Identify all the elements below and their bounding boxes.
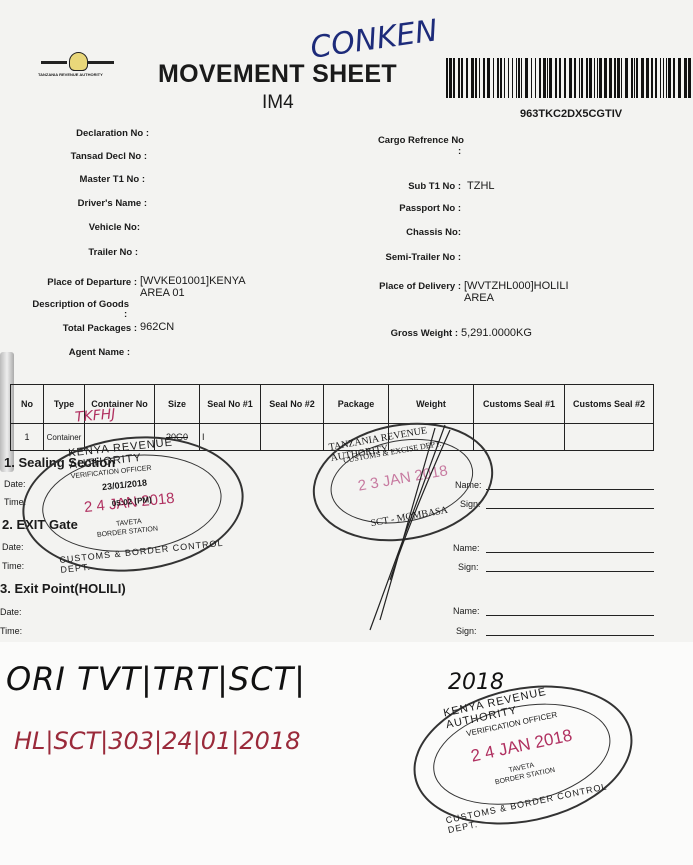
place-of-delivery-value-1: [WVTZHL000]HOLILI	[464, 280, 569, 292]
exit-gate-sign-label: Sign:	[458, 562, 479, 572]
place-of-departure-value-2: AREA 01	[140, 287, 185, 299]
cell-customs-seal-2	[565, 424, 654, 451]
col-weight: Weight	[389, 385, 474, 424]
sealing-date-label: Date:	[4, 479, 26, 489]
cargo-reference-no-label: Cargo Refrence No	[340, 135, 464, 146]
drivers-name-label: Driver's Name :	[0, 198, 147, 209]
coat-of-arms-icon	[69, 52, 88, 71]
authority-name: TANZANIA REVENUE AUTHORITY	[38, 72, 103, 77]
barcode	[446, 58, 693, 98]
cargo-reference-colon: :	[458, 146, 461, 157]
sub-t1-no-label: Sub T1 No :	[340, 181, 461, 192]
master-t1-no-label: Master T1 No :	[0, 174, 145, 185]
place-of-delivery-value-2: AREA	[464, 292, 494, 304]
col-customs-seal-2: Customs Seal #2	[565, 385, 654, 424]
exit-gate-time-label: Time:	[2, 561, 24, 571]
place-of-departure-label: Place of Departure :	[0, 277, 137, 288]
total-packages-label: Total Packages :	[0, 323, 137, 334]
description-colon: :	[124, 309, 127, 320]
authority-logo: TANZANIA REVENUE AUTHORITY	[38, 52, 118, 80]
page-subtitle: IM4	[262, 92, 294, 114]
sub-t1-no-value: TZHL	[467, 180, 495, 192]
place-of-departure-value-1: [WVKE01001]KENYA	[140, 275, 246, 287]
exit-point-sign-line[interactable]	[486, 635, 654, 636]
handwritten-note-1: ORI TVT|TRT|SCT|	[6, 660, 306, 698]
gross-weight-label: Gross Weight :	[340, 328, 458, 339]
exit-gate-name-line[interactable]	[486, 552, 654, 553]
tra-signature-scribble	[350, 420, 460, 640]
chassis-no-label: Chassis No:	[340, 227, 461, 238]
tansad-decl-no-label: Tansad Decl No :	[0, 151, 147, 162]
cell-seal-2	[261, 424, 324, 451]
description-of-goods-label: Description of Goods	[0, 299, 129, 310]
exit-gate-sign-line[interactable]	[486, 571, 654, 572]
section-exit-point-title: 3. Exit Point(HOLILI)	[0, 581, 126, 596]
page-title: MOVEMENT SHEET	[158, 60, 397, 89]
passport-no-label: Passport No :	[340, 203, 461, 214]
barcode-number: 963TKC2DX5CGTIV	[520, 108, 622, 120]
exit-gate-date-label: Date:	[2, 542, 24, 552]
col-package: Package	[324, 385, 389, 424]
place-of-delivery-label: Place of Delivery :	[340, 281, 461, 292]
vehicle-no-label: Vehicle No:	[0, 222, 140, 233]
trailer-no-label: Trailer No :	[0, 247, 138, 258]
col-size: Size	[155, 385, 200, 424]
sealing-sign-line[interactable]	[486, 508, 654, 509]
col-customs-seal-1: Customs Seal #1	[474, 385, 565, 424]
handwritten-signature-top: CONKEN	[308, 13, 440, 65]
declaration-no-label: Declaration No :	[0, 128, 149, 139]
agent-name-label: Agent Name :	[0, 347, 130, 358]
exit-point-name-line[interactable]	[486, 615, 654, 616]
gross-weight-value: 5,291.0000KG	[461, 327, 532, 339]
total-packages-value: 962CN	[140, 321, 174, 333]
col-seal-2: Seal No #2	[261, 385, 324, 424]
cell-customs-seal-1	[474, 424, 565, 451]
sealing-name-line[interactable]	[486, 489, 654, 490]
exit-point-date-label: Date:	[0, 607, 22, 617]
cell-no: 1	[11, 424, 44, 451]
semi-trailer-no-label: Semi-Trailer No :	[340, 252, 461, 263]
col-seal-1: Seal No #1	[200, 385, 261, 424]
col-no: No	[11, 385, 44, 424]
handwritten-note-2: HL|SCT|303|24|01|2018	[14, 727, 300, 755]
handwritten-year: 2018	[448, 670, 504, 695]
exit-point-time-label: Time:	[0, 626, 22, 636]
